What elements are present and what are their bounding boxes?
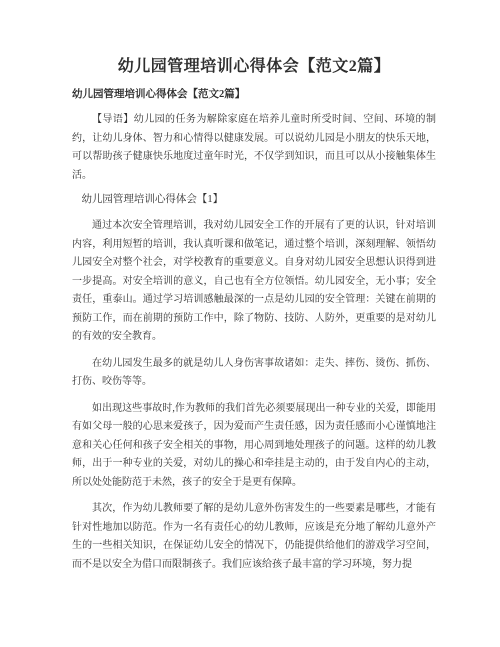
document-subtitle: 幼儿园管理培训心得体会【范文2篇】 [72, 88, 436, 102]
intro-paragraph: 【导语】幼儿园的任务为解除家庭在培养儿童时所受时间、空间、环境的制约，让幼儿身体… [72, 111, 436, 185]
document-title: 幼儿园管理培训心得体会【范文2篇】 [72, 56, 436, 78]
document-page: 幼儿园管理培训心得体会【范文2篇】 幼儿园管理培训心得体会【范文2篇】 【导语】… [0, 0, 500, 647]
section-heading: 幼儿园管理培训心得体会【1】 [72, 193, 436, 207]
body-paragraph-3: 如出现这些事故时,作为教师的我们首先必须要展现出一种专业的关爱，即能用有如父母一… [72, 400, 436, 493]
body-paragraph-4: 其次，作为幼儿教师要了解的是幼儿意外伤害发生的一些要素是哪些，才能有针对性地加以… [72, 500, 436, 574]
body-paragraph-1: 通过本次安全管理培训，我对幼儿园安全工作的开展有了更的认识，针对培训内容，利用短… [72, 217, 436, 347]
body-paragraph-2: 在幼儿园发生最多的就是幼儿人身伤害事故诸如：走失、摔伤、烫伤、抓伤、打伤、咬伤等… [72, 355, 436, 392]
